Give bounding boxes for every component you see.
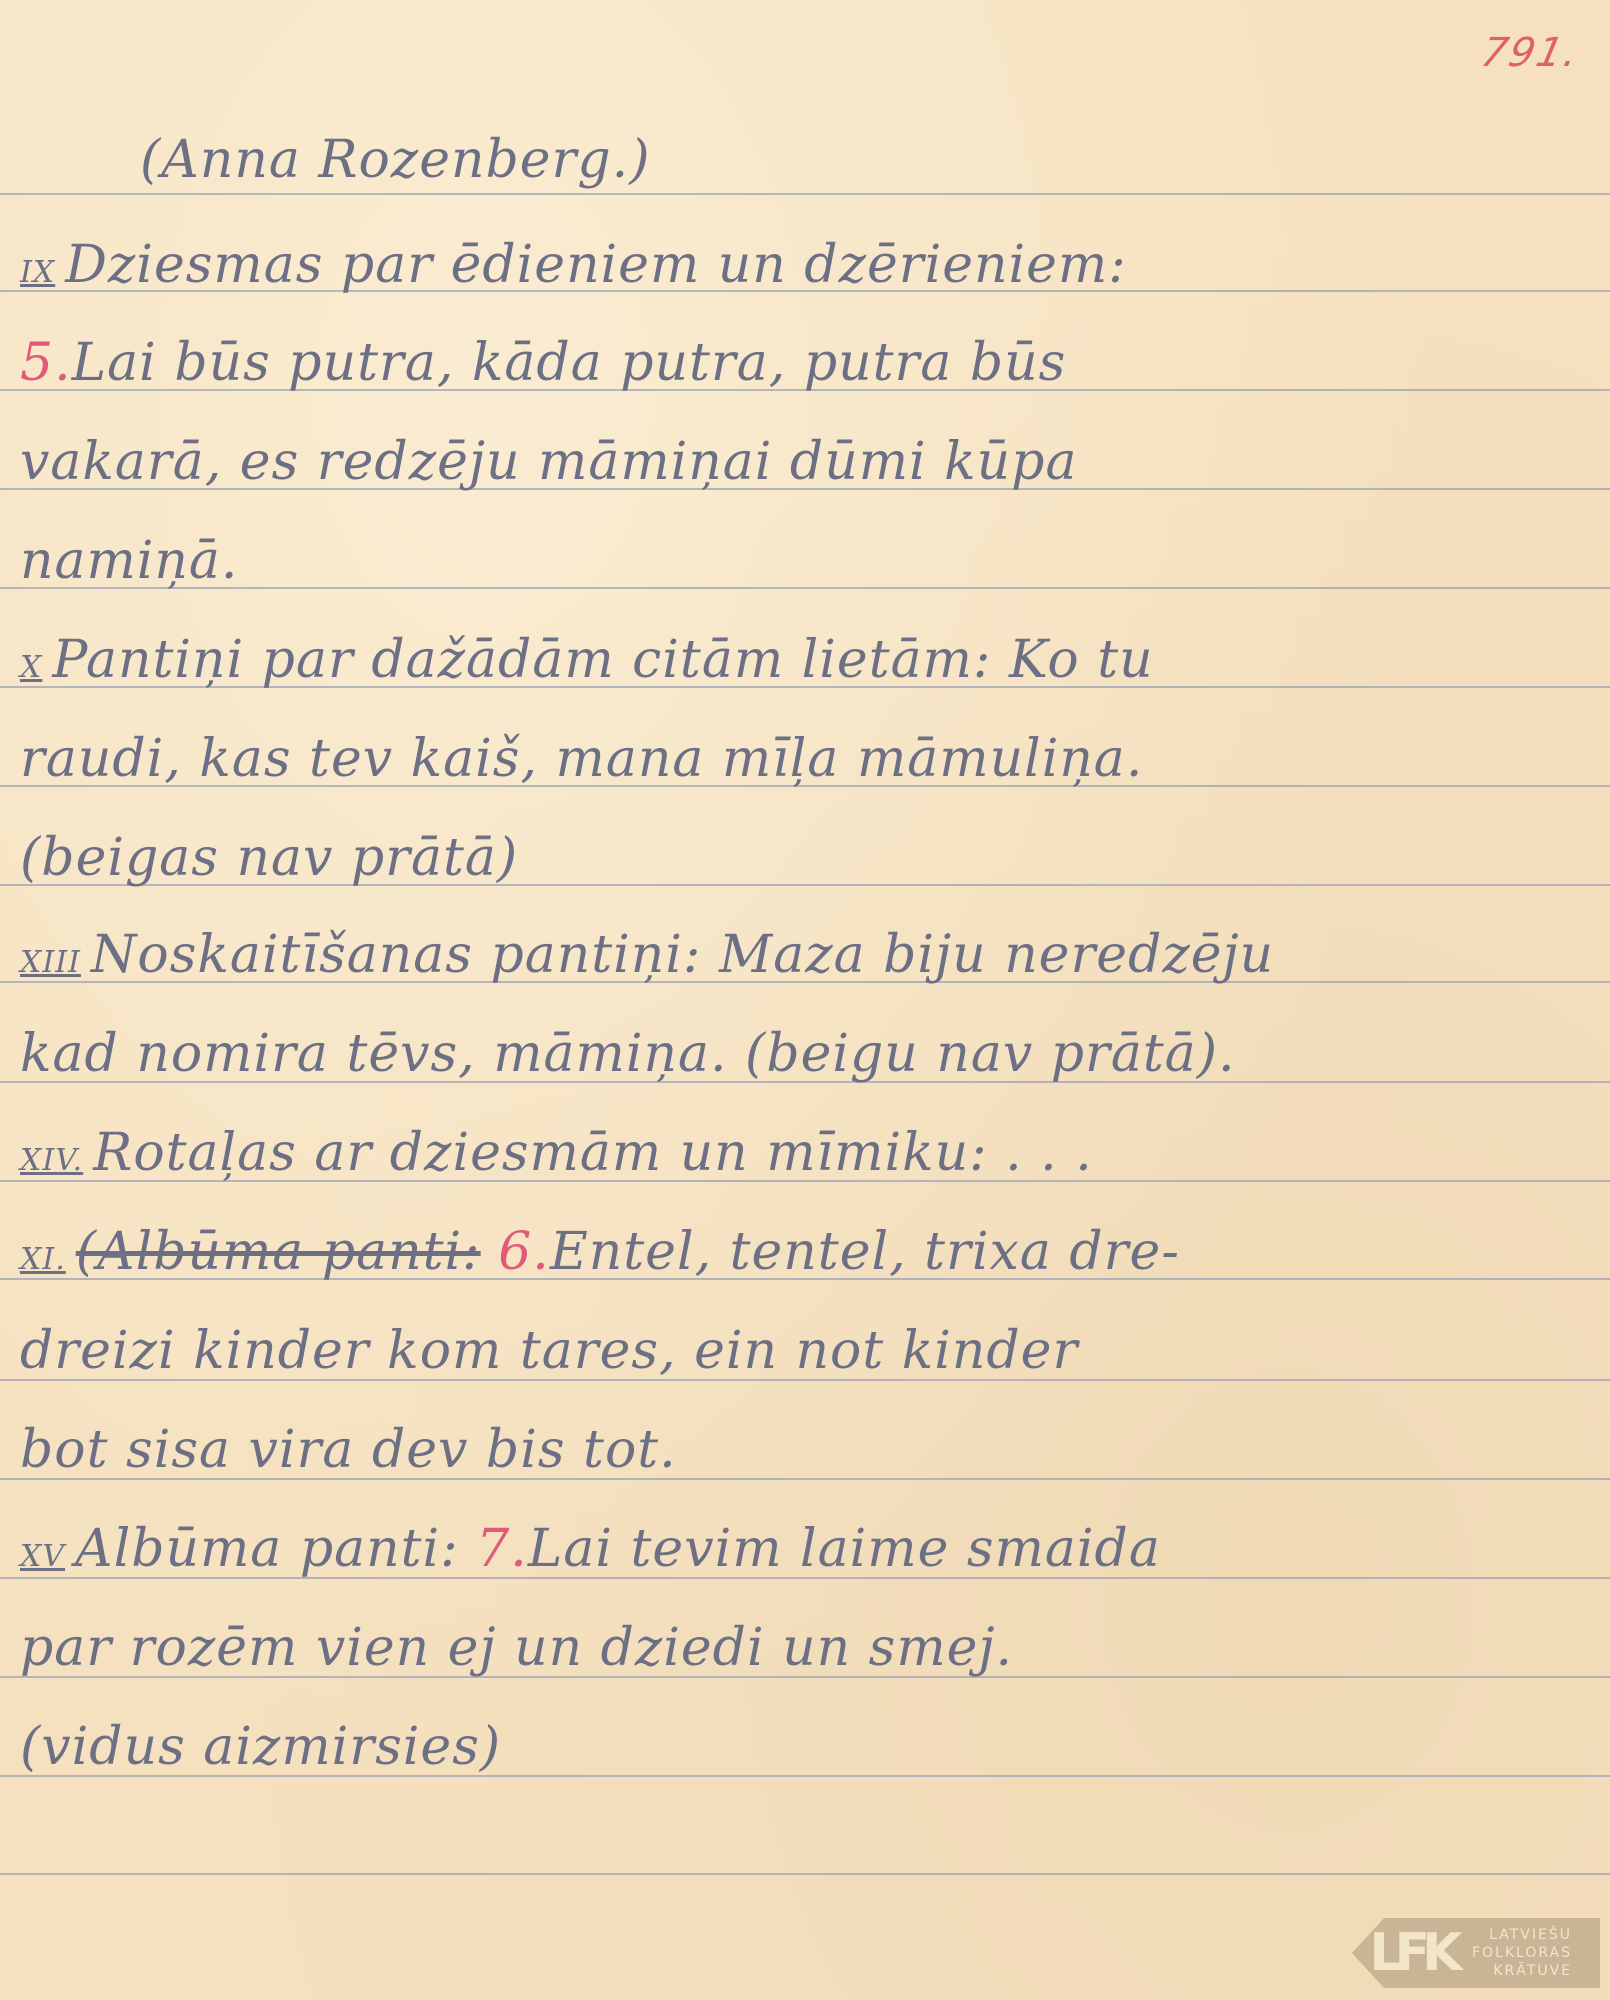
- line-text: (vidus aizmirsies): [20, 1717, 501, 1777]
- archive-logo: LFK LATVIEŠU FOLKLORAS KRĀTUVE: [1352, 1918, 1600, 1988]
- section-numeral: XIV.: [20, 1143, 83, 1178]
- line-text: bot sisa vira dev bis tot.: [20, 1420, 677, 1480]
- item-number: 6.: [498, 1222, 550, 1282]
- line-text: Entel, tentel, trixa dre-: [550, 1222, 1180, 1282]
- section-heading: XIIINoskaitīšanas pantiņi: Maza biju ner…: [20, 925, 1274, 985]
- line-text: (beigas nav prātā): [20, 828, 518, 888]
- text-line: namiņā.: [20, 531, 238, 591]
- informant-text: (Anna Rozenberg.): [140, 130, 651, 190]
- item-number: 7.: [476, 1519, 528, 1579]
- logo-text-line: KRĀTUVE: [1472, 1962, 1572, 1980]
- text-line: kad nomira tēvs, māmiņa. (beigu nav prāt…: [20, 1024, 1236, 1084]
- text-line: raudi, kas tev kaiš, mana mīļa māmuliņa.: [20, 729, 1143, 789]
- logo-text-line: FOLKLORAS: [1472, 1944, 1572, 1962]
- ruled-line: [0, 193, 1610, 195]
- line-text: vakarā, es redzēju māmiņai dūmi kūpa: [20, 432, 1077, 492]
- section-heading: XPantiņi par dažādām citām lietām: Ko tu: [20, 630, 1154, 690]
- informant-name: (Anna Rozenberg.): [140, 130, 651, 190]
- section-heading: XVAlbūma panti: 7.Lai tevim laime smaida: [20, 1519, 1161, 1579]
- struck-text: (Albūma panti:: [76, 1222, 481, 1282]
- line-text: Dziesmas par ēdieniem un dzērieniem:: [65, 235, 1127, 295]
- text-line: par rozēm vien ej un dziedi un smej.: [20, 1618, 1013, 1678]
- line-text: Pantiņi par dažādām citām lietām: Ko tu: [52, 630, 1153, 690]
- line-text: Lai tevim laime smaida: [528, 1519, 1161, 1579]
- section-numeral: XI.: [20, 1242, 66, 1277]
- line-text: kad nomira tēvs, māmiņa. (beigu nav prāt…: [20, 1024, 1236, 1084]
- ruled-line: [0, 587, 1610, 589]
- text-line: bot sisa vira dev bis tot.: [20, 1420, 677, 1480]
- section-heading: XI.(Albūma panti: 6.Entel, tentel, trixa…: [20, 1222, 1180, 1282]
- document-page: 791. (Anna Rozenberg.) IXDziesmas par ēd…: [0, 0, 1610, 2000]
- text-line: (beigas nav prātā): [20, 828, 518, 888]
- logo-text-line: LATVIEŠU: [1472, 1926, 1572, 1944]
- line-text: dreizi kinder kom tares, ein not kinder: [20, 1321, 1078, 1381]
- section-numeral: XIII: [20, 945, 81, 980]
- text-line: 5.Lai būs putra, kāda putra, putra būs: [20, 333, 1066, 393]
- line-text: Lai būs putra, kāda putra, putra būs: [72, 333, 1067, 393]
- line-text: par rozēm vien ej un dziedi un smej.: [20, 1618, 1013, 1678]
- logo-text: LATVIEŠU FOLKLORAS KRĀTUVE: [1472, 1926, 1572, 1980]
- line-text: namiņā.: [20, 531, 238, 591]
- section-numeral: IX: [20, 255, 55, 290]
- ruled-line: [0, 1873, 1610, 1875]
- line-text: raudi, kas tev kaiš, mana mīļa māmuliņa.: [20, 729, 1143, 789]
- line-text: Albūma panti:: [75, 1519, 459, 1579]
- section-numeral: X: [20, 650, 42, 685]
- item-number: 5.: [20, 333, 72, 393]
- section-heading: IXDziesmas par ēdieniem un dzērieniem:: [20, 235, 1127, 295]
- text-line: (vidus aizmirsies): [20, 1717, 501, 1777]
- line-text: Rotaļas ar dziesmām un mīmiku: . . .: [93, 1123, 1093, 1183]
- text-line: dreizi kinder kom tares, ein not kinder: [20, 1321, 1078, 1381]
- section-heading: XIV.Rotaļas ar dziesmām un mīmiku: . . .: [20, 1123, 1093, 1183]
- line-text: Noskaitīšanas pantiņi: Maza biju neredzē…: [91, 925, 1274, 985]
- page-number: 791.: [1477, 30, 1584, 76]
- section-numeral: XV: [20, 1539, 65, 1574]
- lfk-logo-icon: LFK: [1352, 1918, 1472, 1988]
- text-line: vakarā, es redzēju māmiņai dūmi kūpa: [20, 432, 1077, 492]
